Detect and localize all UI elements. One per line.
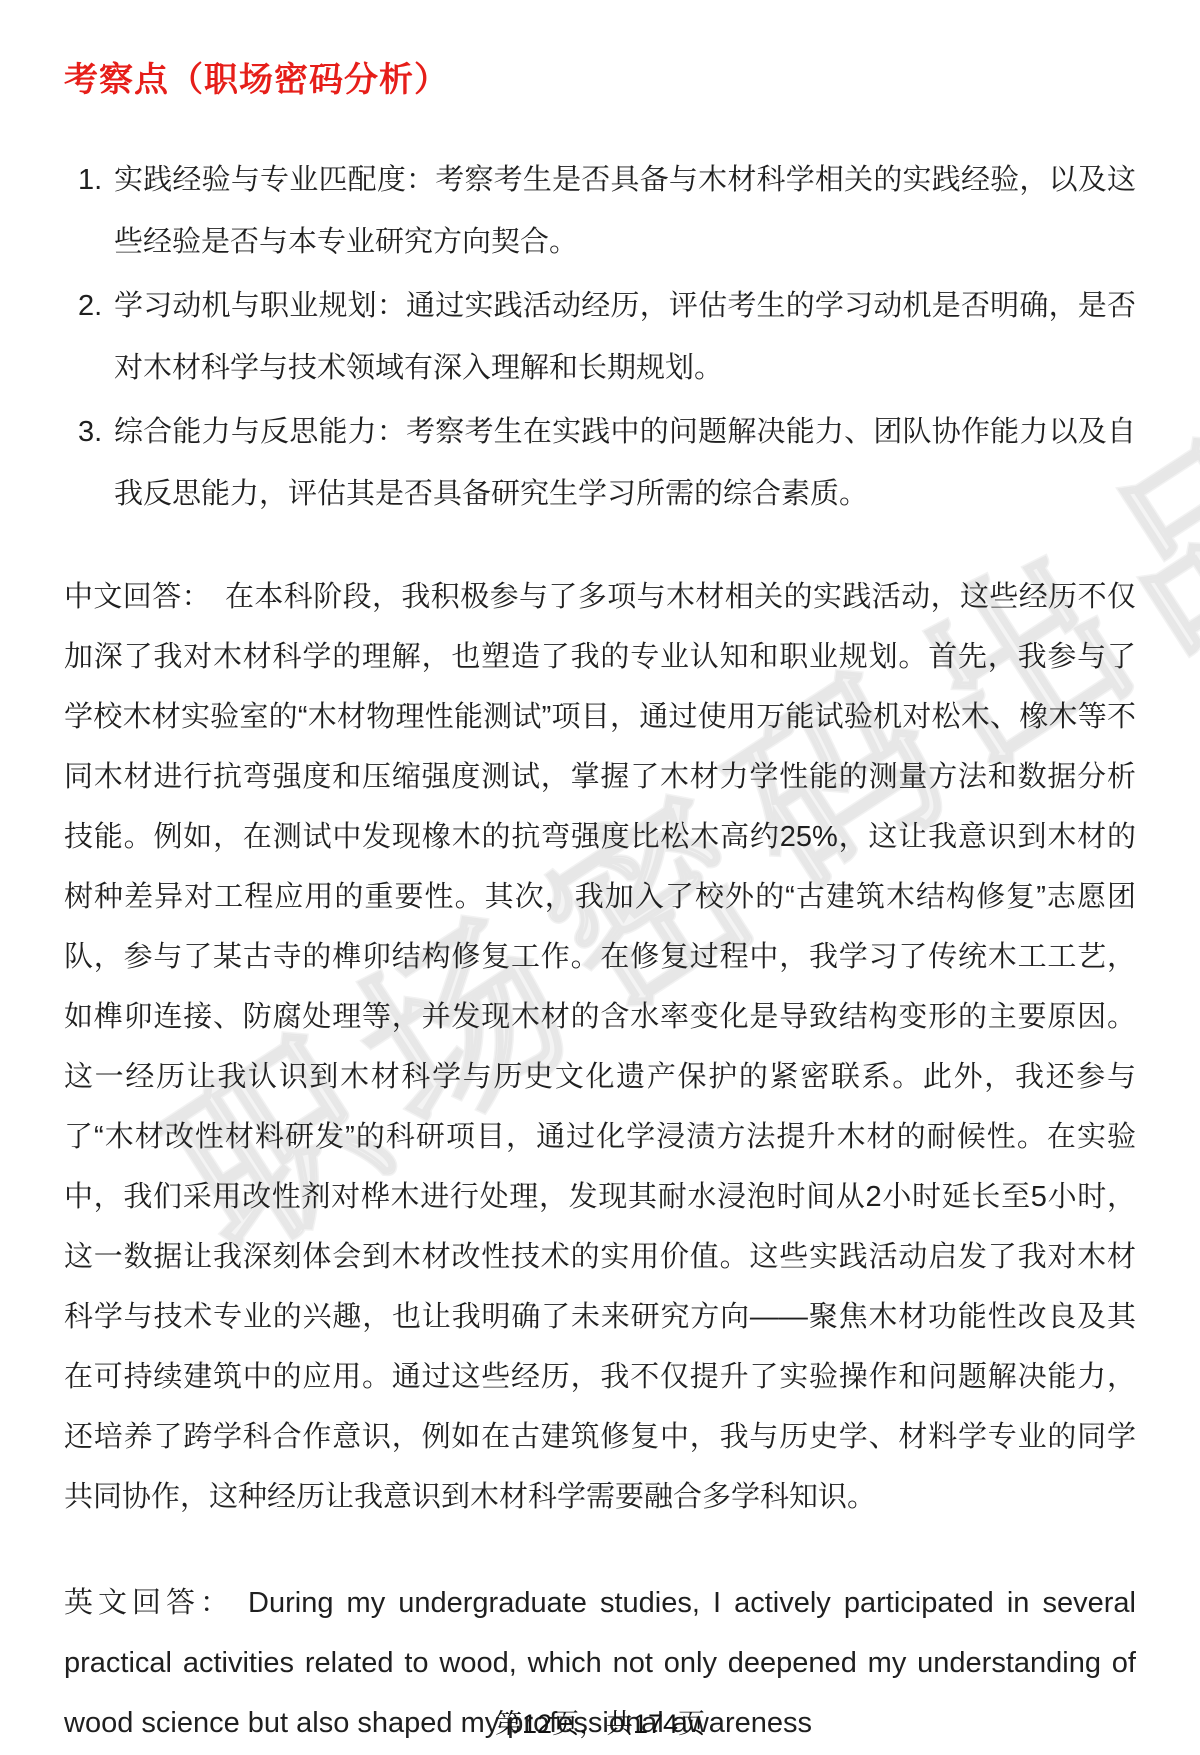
page-number-footer: 第12页，共174页 <box>0 1702 1200 1741</box>
chinese-answer-paragraph: 中文回答：在本科阶段，我积极参与了多项与木材相关的实践活动，这些经历不仅加深了我… <box>64 567 1136 1527</box>
list-item: 2. 学习动机与职业规划：通过实践活动经历，评估考生的学习动机是否明确，是否对木… <box>64 275 1136 399</box>
list-item: 1. 实践经验与专业匹配度：考察考生是否具备与木材科学相关的实践经验，以及这些经… <box>64 149 1136 273</box>
list-item: 3. 综合能力与反思能力：考察考生在实践中的问题解决能力、团队协作能力以及自我反… <box>64 401 1136 525</box>
list-item-text: 学习动机与职业规划：通过实践活动经历，评估考生的学习动机是否明确，是否对木材科学… <box>114 275 1136 399</box>
chinese-answer-text: 在本科阶段，我积极参与了多项与木材相关的实践活动，这些经历不仅加深了我对木材科学… <box>64 581 1136 1513</box>
list-item-number: 3. <box>64 401 114 525</box>
section-heading: 考察点（职场密码分析） <box>64 52 1136 101</box>
list-item-text: 实践经验与专业匹配度：考察考生是否具备与木材科学相关的实践经验，以及这些经验是否… <box>114 149 1136 273</box>
list-item-number: 2. <box>64 275 114 399</box>
english-answer-label: 英文回答： <box>64 1587 234 1619</box>
exam-points-list: 1. 实践经验与专业匹配度：考察考生是否具备与木材科学相关的实践经验，以及这些经… <box>64 149 1136 525</box>
list-item-number: 1. <box>64 149 114 273</box>
chinese-answer-label: 中文回答： <box>64 581 211 613</box>
document-page: 考察点（职场密码分析） 1. 实践经验与专业匹配度：考察考生是否具备与木材科学相… <box>0 0 1200 1753</box>
list-item-text: 综合能力与反思能力：考察考生在实践中的问题解决能力、团队协作能力以及自我反思能力… <box>114 401 1136 525</box>
